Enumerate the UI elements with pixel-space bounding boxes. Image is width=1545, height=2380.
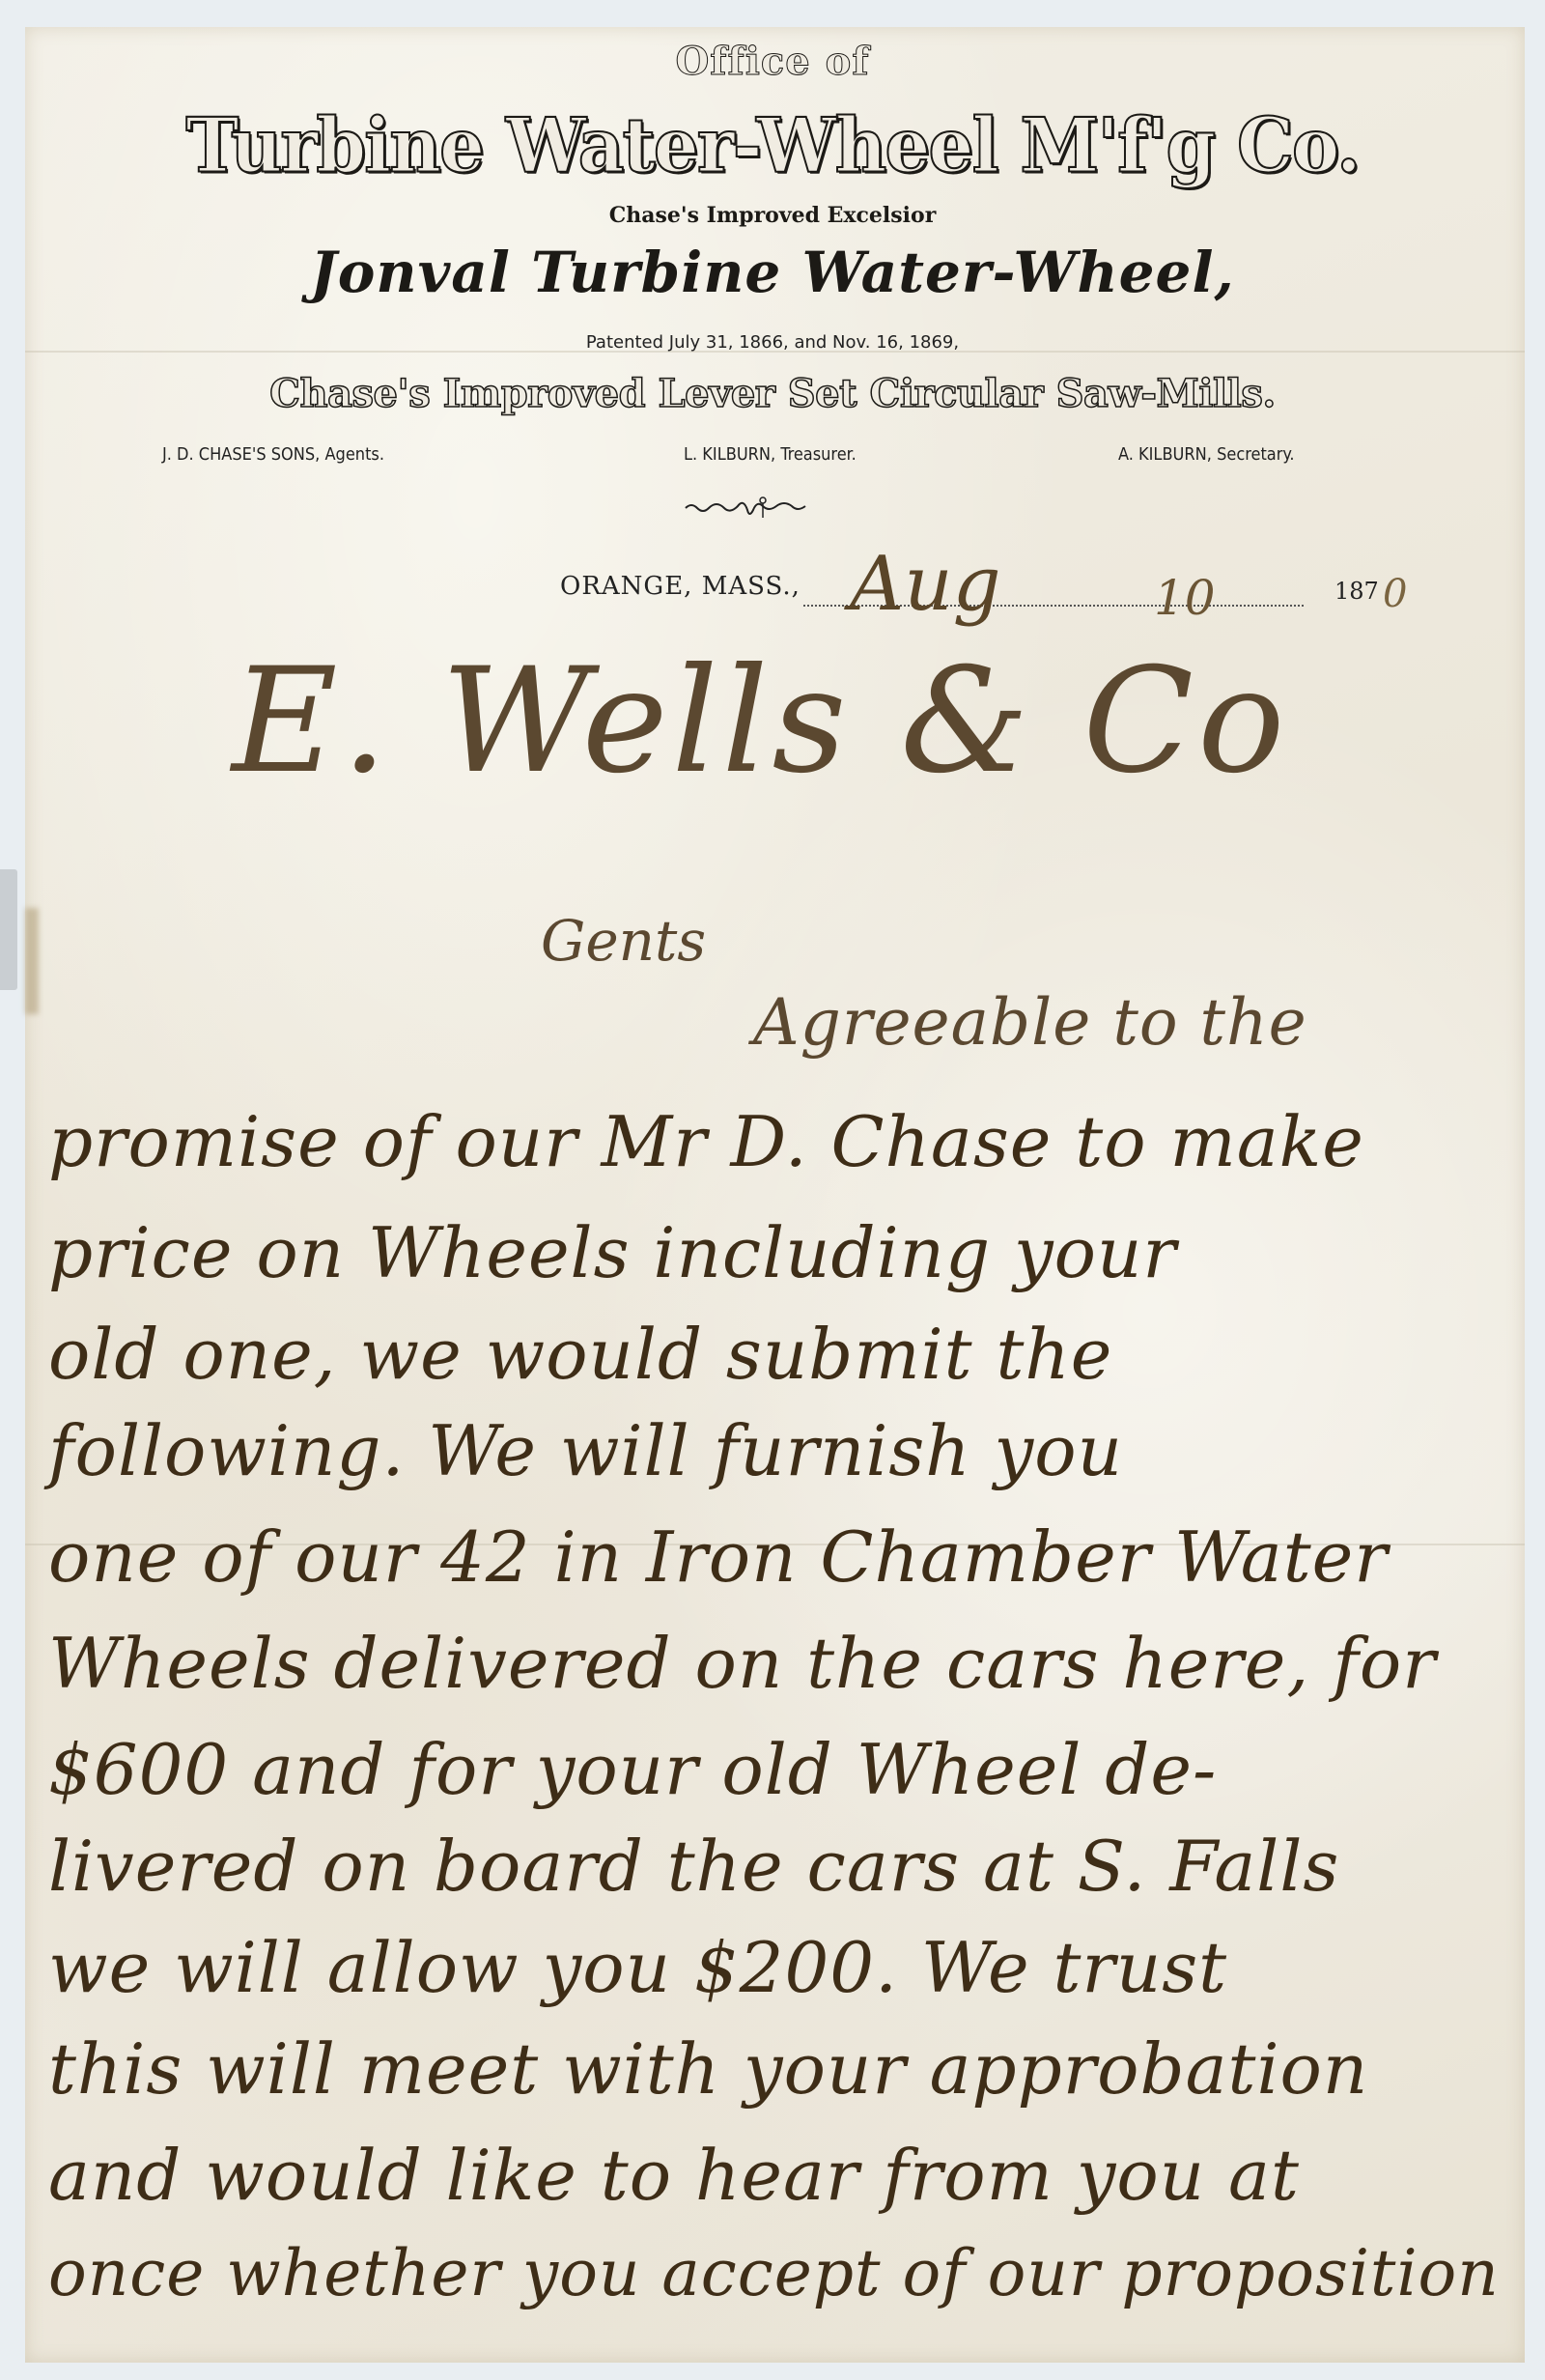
letterhead-second-product: Chase's Improved Lever Set Circular Saw-…: [0, 371, 1545, 416]
letter-line: price on Wheels including your: [48, 1212, 1497, 1293]
officer-name: J. D. CHASE'S SONS,: [162, 444, 320, 465]
letter-line: old one, we would submit the: [48, 1314, 1497, 1395]
letterhead-patent-line: Patented July 31, 1866, and Nov. 16, 186…: [0, 332, 1545, 353]
edge-stain: [25, 908, 39, 1014]
letter-line: Agreeable to the: [753, 985, 1545, 1060]
officer-role: Treasurer.: [780, 444, 856, 465]
letterhead-product-subtitle: Chase's Improved Excelsior: [0, 203, 1545, 228]
dateline-month: Aug: [850, 541, 1001, 628]
letter-greeting: Gents: [541, 908, 706, 974]
officer-agents: J. D. CHASE'S SONS, Agents.: [162, 444, 384, 465]
letter-line: and would like to hear from you at: [48, 2135, 1497, 2216]
dateline-year-printed: 187: [1334, 578, 1379, 605]
officer-name: A. KILBURN,: [1118, 444, 1212, 465]
letter-line: once whether you accept of our propositi…: [48, 2236, 1497, 2310]
letter-line: one of our 42 in Iron Chamber Water: [48, 1516, 1497, 1598]
officer-secretary: A. KILBURN, Secretary.: [1118, 444, 1295, 465]
letter-line: $600 and for your old Wheel de-: [48, 1729, 1497, 1810]
letter-addressee: E. Wells & Co: [232, 637, 1288, 806]
letter-line: promise of our Mr D. Chase to make: [48, 1101, 1497, 1182]
dateline-year-handwritten: 0: [1383, 572, 1407, 616]
officer-role: Agents.: [324, 444, 384, 465]
letterhead-office-of: Office of: [0, 39, 1545, 84]
letter-line: we will allow you $200. We trust: [48, 1927, 1497, 2008]
letter-line: this will meet with your approbation: [48, 2028, 1497, 2110]
dateline-place: ORANGE, MASS.,: [560, 572, 801, 601]
letterhead-company-name: Turbine Water-Wheel M'f'g Co.: [0, 102, 1545, 189]
letter-line: Wheels delivered on the cars here, for: [48, 1623, 1497, 1704]
dateline-day: 10: [1154, 570, 1216, 626]
letterhead-product-name: Jonval Turbine Water-Wheel,: [0, 240, 1545, 305]
officer-name: L. KILBURN,: [684, 444, 775, 465]
letter-line: following. We will furnish you: [48, 1410, 1497, 1491]
officer-treasurer: L. KILBURN, Treasurer.: [684, 444, 857, 465]
officer-role: Secretary.: [1217, 444, 1294, 465]
scan-background-tab: [0, 869, 17, 990]
ornament-flourish-icon: [681, 493, 845, 522]
letter-line: livered on board the cars at S. Falls: [48, 1826, 1497, 1907]
